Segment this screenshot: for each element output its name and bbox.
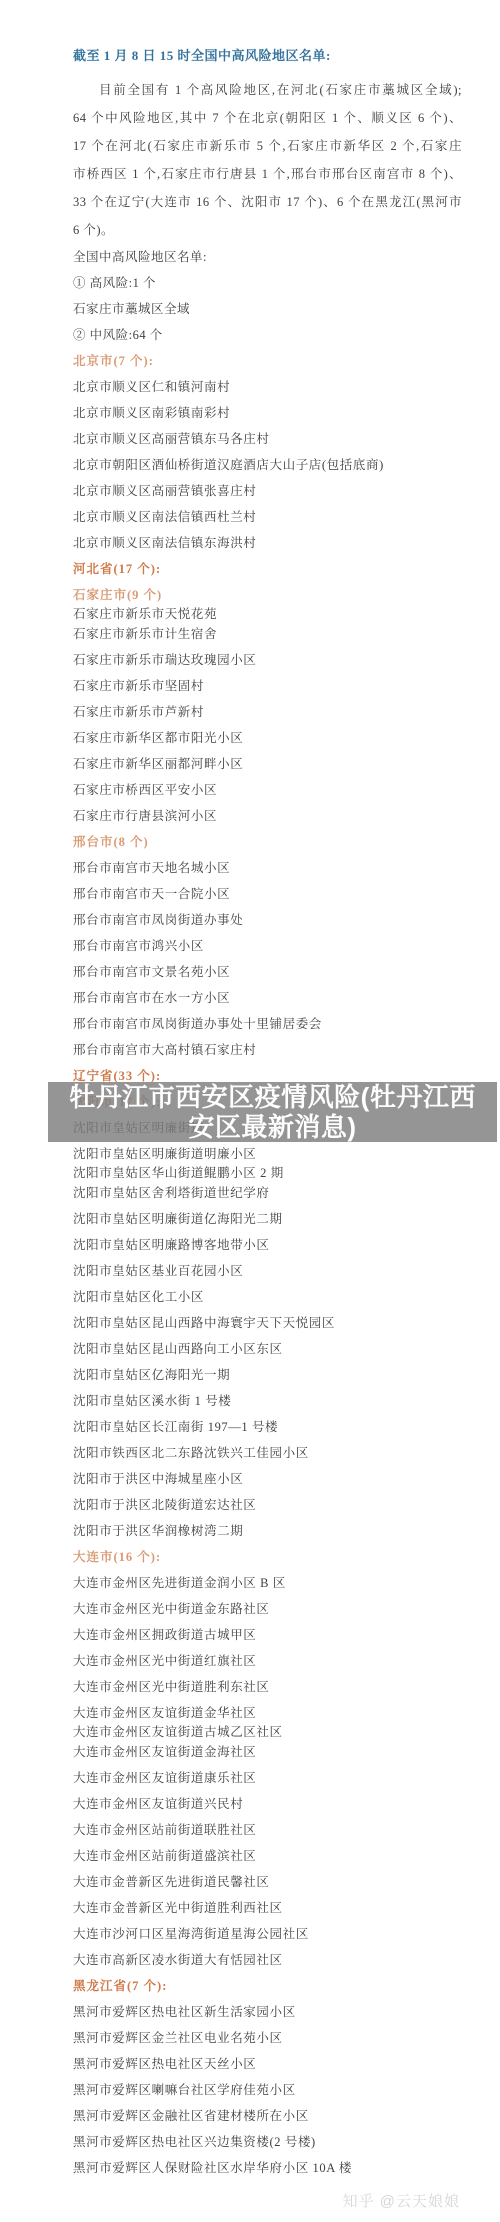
risk-area-item: 大连市金州区友谊街道金华社区 <box>73 1700 462 1726</box>
medium-risk-level-label: ② 中风险:64 个 <box>73 322 462 348</box>
risk-area-item: 石家庄市桥西区平安小区 <box>73 777 462 803</box>
risk-area-item: 黑河市爱辉区人保财险社区水岸华府小区 10A 楼 <box>73 2155 462 2181</box>
risk-area-item: 沈阳市皇姑区昆山西路中海寰宇天下天悦园区 <box>73 1310 462 1336</box>
document-page: 截至 1 月 8 日 15 时全国中高风险地区名单: 目前全国有 1 个高风险地… <box>0 0 500 2181</box>
risk-area-item: 黑河市爱辉区喇嘛台社区学府佳苑小区 <box>73 2077 462 2103</box>
intro-line: 64 个中风险地区,其中 7 个在北京(朝阳区 1 个、顺义区 6 个)、 <box>73 104 462 132</box>
section-heading: 河北省(17 个): <box>73 556 462 582</box>
risk-area-item: 邢台市南宫市凤岗街道办事处十里铺居委会 <box>73 1011 462 1037</box>
risk-area-item: 北京市顺义区南彩镇南彩村 <box>73 400 462 426</box>
risk-area-item: 大连市金州区站前街道盛滨社区 <box>73 1843 462 1869</box>
risk-area-item: 邢台市南宫市文景名苑小区 <box>73 959 462 985</box>
risk-area-item: 北京市顺义区高丽营镇东马各庄村 <box>73 426 462 452</box>
risk-area-item: 黑河市爱辉区热电社区天丝小区 <box>73 2051 462 2077</box>
risk-area-item: 沈阳市于洪区北陵街道宏达社区 <box>73 1492 462 1518</box>
page-title: 截至 1 月 8 日 15 时全国中高风险地区名单: <box>73 46 462 76</box>
intro-line: 目前全国有 1 个高风险地区,在河北(石家庄市藁城区全域); <box>73 76 462 104</box>
risk-area-item: 沈阳市于洪区华润橡树湾二期 <box>73 1518 462 1544</box>
risk-area-item: 大连市金州区光中街道胜利东社区 <box>73 1674 462 1700</box>
risk-area-item: 黑河市爱辉区金融社区省建材楼所在小区 <box>73 2103 462 2129</box>
risk-area-item: 石家庄市行唐县滨河小区 <box>73 803 462 829</box>
risk-area-item: 北京市顺义区高丽营镇张喜庄村 <box>73 478 462 504</box>
risk-area-item: 沈阳市皇姑区昆山西路向工小区东区 <box>73 1336 462 1362</box>
intro-paragraph: 目前全国有 1 个高风险地区,在河北(石家庄市藁城区全域);64 个中风险地区,… <box>73 76 462 244</box>
list-subtitle: 全国中高风险地区名单: <box>73 244 462 270</box>
risk-area-item: 大连市金州区光中街道金东路社区 <box>73 1596 462 1622</box>
risk-area-item: 沈阳市皇姑区化工小区 <box>73 1284 462 1310</box>
risk-area-item: 北京市朝阳区酒仙桥街道汉庭酒店大山子店(包括底商) <box>73 452 462 478</box>
high-risk-level-label: ① 高风险:1 个 <box>73 270 462 296</box>
risk-area-item: 大连市金州区站前街道联胜社区 <box>73 1817 462 1843</box>
risk-area-item: 黑河市爱辉区金兰社区电业名苑小区 <box>73 2025 462 2051</box>
section-heading: 北京市(7 个): <box>73 348 462 374</box>
risk-area-item: 邢台市南宫市鸿兴小区 <box>73 933 462 959</box>
risk-area-item: 大连市金州区友谊街道兴民村 <box>73 1791 462 1817</box>
risk-area-item: 邢台市南宫市天地名城小区 <box>73 855 462 881</box>
intro-line: 市桥西区 1 个,石家庄市行唐县 1 个,邢台市邢台区南宫市 8 个)、 <box>73 160 462 188</box>
risk-area-item: 石家庄市新乐市瑞达玫瑰园小区 <box>73 647 462 673</box>
risk-area-item: 沈阳市于洪区中海城星座小区 <box>73 1466 462 1492</box>
risk-area-item: 大连市金州区友谊街道康乐社区 <box>73 1765 462 1791</box>
risk-area-item: 大连市金州区光中街道红旗社区 <box>73 1648 462 1674</box>
risk-area-item: 沈阳市铁西区北二东路沈铁兴工佳园小区 <box>73 1440 462 1466</box>
risk-area-item: 邢台市南宫市在水一方小区 <box>73 985 462 1011</box>
watermark: 知乎 @云天娘娘 <box>343 2190 460 2211</box>
risk-area-item: 沈阳市皇姑区舍利塔街道世纪学府 <box>73 1180 462 1206</box>
risk-area-item: 北京市顺义区南法信镇东海洪村 <box>73 530 462 556</box>
banner-title: 牡丹江市西安区疫情风险(牡丹江西安区最新消息) <box>56 1082 489 1142</box>
risk-area-item: 石家庄市新乐市芦新村 <box>73 699 462 725</box>
risk-area-item: 大连市金普新区光中街道胜利西社区 <box>73 1895 462 1921</box>
risk-area-item: 石家庄市新乐市计生宿舍 <box>73 621 462 647</box>
section-heading: 大连市(16 个): <box>73 1544 462 1570</box>
risk-area-item: 邢台市南宫市大高村镇石家庄村 <box>73 1037 462 1063</box>
risk-area-item: 大连市金州区先进街道金润小区 B 区 <box>73 1570 462 1596</box>
intro-line: 6 个)。 <box>73 216 462 244</box>
risk-area-item: 沈阳市皇姑区华山街道鲲鹏小区 2 期 <box>73 1167 462 1180</box>
risk-area-item: 大连市金普新区先进街道民馨社区 <box>73 1869 462 1895</box>
high-risk-area: 石家庄市藁城区全域 <box>73 296 462 322</box>
intro-line: 33 个在辽宁(大连市 16 个、沈阳市 17 个)、6 个在黑龙江(黑河市 <box>73 188 462 216</box>
risk-area-item: 大连市高新区凌水街道大有恬园社区 <box>73 1947 462 1973</box>
risk-area-item: 沈阳市皇姑区溪水街 1 号楼 <box>73 1388 462 1414</box>
section-heading: 黑龙江省(7 个): <box>73 1973 462 1999</box>
section-heading: 邢台市(8 个) <box>73 829 462 855</box>
intro-line: 17 个在河北(石家庄市新乐市 5 个,石家庄市新华区 2 个,石家庄 <box>73 132 462 160</box>
risk-area-item: 大连市沙河口区星海湾街道星海公园社区 <box>73 1921 462 1947</box>
risk-area-item: 沈阳市皇姑区长江南街 197—1 号楼 <box>73 1414 462 1440</box>
risk-area-item: 大连市金州区拥政街道古城甲区 <box>73 1622 462 1648</box>
risk-area-item: 沈阳市皇姑区明廉路博客地带小区 <box>73 1232 462 1258</box>
risk-area-item: 沈阳市皇姑区亿海阳光一期 <box>73 1362 462 1388</box>
risk-area-item: 北京市顺义区南法信镇西杜兰村 <box>73 504 462 530</box>
risk-area-item: 沈阳市皇姑区基业百花园小区 <box>73 1258 462 1284</box>
risk-area-list: 北京市(7 个):北京市顺义区仁和镇河南村北京市顺义区南彩镇南彩村北京市顺义区高… <box>73 348 462 2181</box>
risk-area-item: 邢台市南宫市凤岗街道办事处 <box>73 907 462 933</box>
risk-area-item: 沈阳市皇姑区明廉街道亿海阳光二期 <box>73 1206 462 1232</box>
risk-area-item: 黑河市爱辉区热电社区兴边集资楼(2 号楼) <box>73 2129 462 2155</box>
risk-area-item: 石家庄市新乐市天悦花苑 <box>73 608 462 621</box>
risk-area-item: 沈阳市皇姑区明廉街道明廉小区 <box>73 1141 462 1167</box>
risk-area-item: 石家庄市新华区都市阳光小区 <box>73 725 462 751</box>
risk-area-item: 石家庄市新华区丽都河畔小区 <box>73 751 462 777</box>
risk-area-item: 大连市金州区友谊街道金海社区 <box>73 1739 462 1765</box>
risk-area-item: 邢台市南宫市天一合院小区 <box>73 881 462 907</box>
section-heading: 石家庄市(9 个) <box>73 582 462 608</box>
risk-area-item: 大连市金州区友谊街道古城乙区社区 <box>73 1726 462 1739</box>
title-banner: 牡丹江市西安区疫情风险(牡丹江西安区最新消息) <box>48 1082 497 1142</box>
risk-area-item: 石家庄市新乐市坚固村 <box>73 673 462 699</box>
risk-area-item: 北京市顺义区仁和镇河南村 <box>73 374 462 400</box>
risk-area-item: 黑河市爱辉区热电社区新生活家园小区 <box>73 1999 462 2025</box>
